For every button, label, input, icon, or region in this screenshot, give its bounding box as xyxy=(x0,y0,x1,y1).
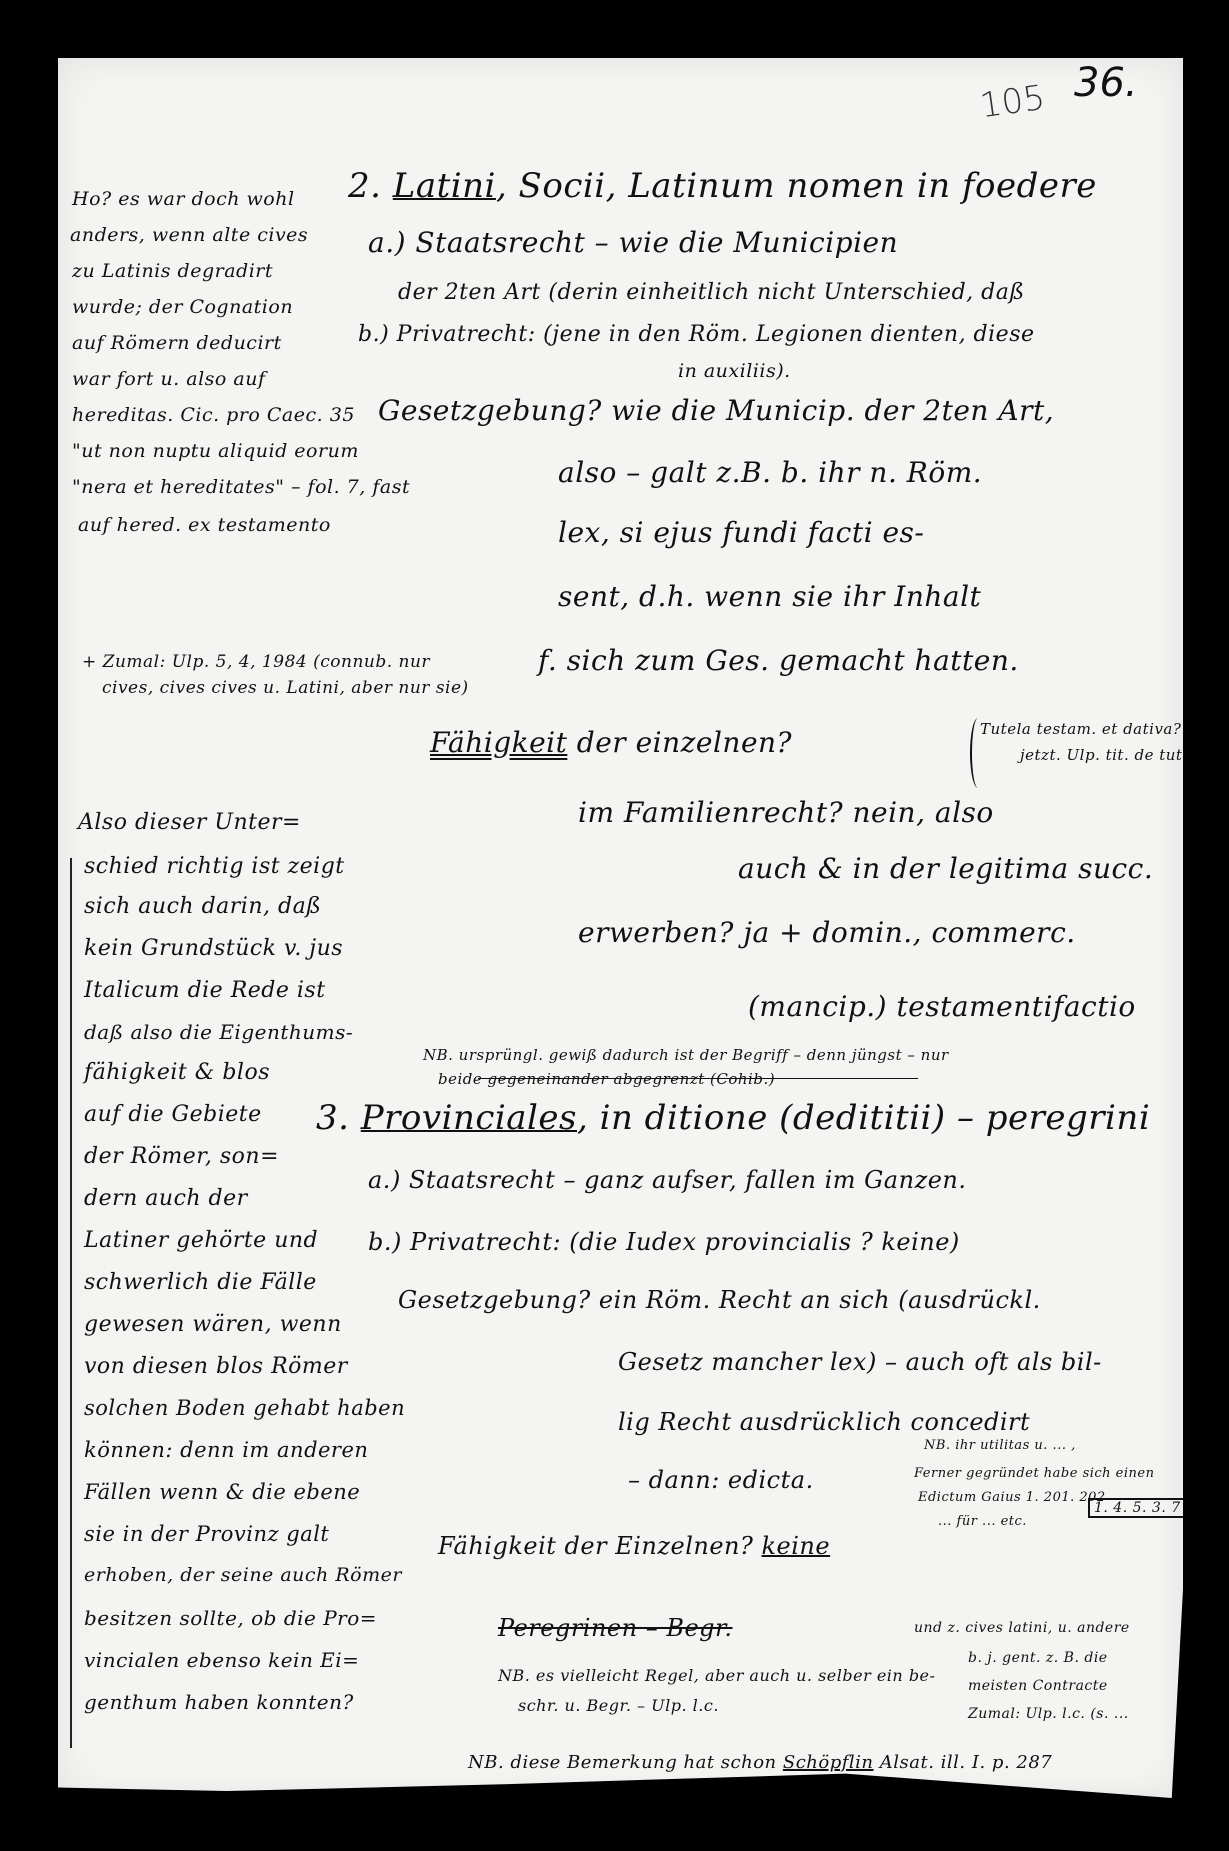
cives-note-0: und z. cives latini, u. andere xyxy=(914,1620,1130,1636)
margin-3-line: Italicum die Rede ist xyxy=(84,978,326,1003)
heading-2-number: 2. xyxy=(348,166,381,206)
footer-citation: Alsat. ill. I. p. 287 xyxy=(880,1752,1053,1773)
line-2-1: der 2ten Art (derin einheitlich nicht Un… xyxy=(398,280,1025,305)
peregrini-text: Peregrinen – Begr. xyxy=(498,1614,733,1642)
cives-note-2: meisten Contracte xyxy=(968,1678,1108,1694)
capacity-label: Fähigkeit xyxy=(430,726,567,759)
line-3-2: Gesetzgebung? ein Röm. Recht an sich (au… xyxy=(398,1286,1041,1314)
edicta-note-2: Edictum Gaius 1. 201. 202 xyxy=(918,1490,1106,1505)
margin-1-line: Ho? es war doch wohl xyxy=(72,188,295,210)
line-2-2: b.) Privatrecht: (jene in den Röm. Legio… xyxy=(358,322,1035,347)
tutela-note-0: Tutela testam. et dativa? xyxy=(980,720,1181,738)
margin-1-line: anders, wenn alte cives xyxy=(70,224,308,246)
margin-bracket xyxy=(70,858,72,1748)
line-2-7: sent, d.h. wenn sie ihr Inhalt xyxy=(558,580,981,613)
margin-1-line: wurde; der Cognation xyxy=(72,296,293,318)
manuscript-sheet: 105 36. 2. Latini, Socii, Latinum nomen … xyxy=(58,58,1183,1798)
capacity-3-answer: keine xyxy=(762,1532,831,1560)
line-2-5: also – galt z.B. b. ihr n. Röm. xyxy=(558,456,982,489)
capacity-line-0: im Familienrecht? nein, also xyxy=(578,796,994,829)
margin-3-line: Latiner gehörte und xyxy=(84,1228,318,1253)
heading-3-title: Provinciales xyxy=(361,1098,577,1138)
line-3-5: – dann: edicta. xyxy=(628,1466,814,1494)
line-3-4: lig Recht ausdrücklich concedirt xyxy=(618,1408,1030,1436)
margin-3-line: von diesen blos Römer xyxy=(84,1354,348,1379)
margin-1-line: war fort u. also auf xyxy=(72,368,266,390)
nb-note-1: beide gegeneinander abgegrenzt (Cohib.) xyxy=(438,1070,775,1088)
capacity-3: Fähigkeit der Einzelnen? keine xyxy=(438,1532,830,1560)
edicta-note-0: NB. ihr utilitas u. ... , xyxy=(924,1438,1076,1453)
margin-3-line: kein Grundstück v. jus xyxy=(84,936,343,961)
cives-note-1: b. j. gent. z. B. die xyxy=(968,1650,1108,1666)
margin-1-line: "nera et hereditates" – fol. 7, fast xyxy=(72,476,410,498)
margin-3-line: auf die Gebiete xyxy=(84,1102,262,1127)
margin-3-line: solchen Boden gehabt haben xyxy=(84,1396,405,1420)
margin-2-line-1: cives, cives cives u. Latini, aber nur s… xyxy=(102,678,469,698)
margin-3-line: sich auch darin, daß xyxy=(84,894,321,919)
nb-note-0: NB. ursprüngl. gewiß dadurch ist der Beg… xyxy=(423,1046,949,1064)
line-2-3: in auxiliis). xyxy=(678,360,791,382)
footer-prefix: NB. diese Bemerkung hat schon xyxy=(468,1752,777,1773)
margin-3-line: besitzen sollte, ob die Pro= xyxy=(84,1606,377,1630)
capacity-line-2: erwerben? ja + domin., commerc. xyxy=(578,916,1076,949)
margin-3-line: schwerlich die Fälle xyxy=(84,1270,317,1295)
line-3-0: a.) Staatsrecht – ganz aufser, fallen im… xyxy=(368,1166,967,1194)
margin-3-line: sie in der Provinz galt xyxy=(84,1522,329,1546)
line-3-3: Gesetz mancher lex) – auch oft als bil- xyxy=(618,1348,1102,1376)
capacity-3-label: Fähigkeit der Einzelnen? xyxy=(438,1532,753,1560)
heading-2-title: Latini xyxy=(393,166,496,206)
heading-3: 3. Provinciales, in ditione (dedititii) … xyxy=(316,1098,1150,1138)
heading-2: 2. Latini, Socii, Latinum nomen in foede… xyxy=(348,166,1097,206)
tutela-note-1: jetzt. Ulp. tit. de tut. xyxy=(1020,746,1188,764)
margin-3-line: gewesen wären, wenn xyxy=(84,1312,342,1337)
margin-3-line: daß also die Eigenthums- xyxy=(84,1020,353,1044)
line-2-6: lex, si ejus fundi facti es- xyxy=(558,516,924,549)
margin-1-line: auf hered. ex testamento xyxy=(78,514,331,536)
margin-1-line: "ut non nuptu aliquid eorum xyxy=(72,440,359,462)
footer-note: NB. diese Bemerkung hat schon Schöpflin … xyxy=(468,1752,1052,1773)
margin-3-line: genthum haben konnten? xyxy=(84,1690,354,1714)
margin-3-line: Also dieser Unter= xyxy=(78,810,301,835)
margin-3-line: fähigkeit & blos xyxy=(84,1060,270,1085)
margin-3-line: können: denn im anderen xyxy=(84,1438,368,1462)
line-3-1: b.) Privatrecht: (die Iudex provincialis… xyxy=(368,1228,960,1256)
line-2-4: Gesetzgebung? wie die Municip. der 2ten … xyxy=(378,394,1054,427)
capacity-rest: der einzelnen? xyxy=(577,726,792,759)
nb-line-1: schr. u. Begr. – Ulp. l.c. xyxy=(518,1696,719,1715)
edicta-note-1: Ferner gegründet habe sich einen xyxy=(914,1466,1154,1481)
cives-note-3: Zumal: Ulp. l.c. (s. ... xyxy=(968,1706,1129,1722)
heading-3-rest: , in ditione (dedititii) – peregrini xyxy=(577,1098,1150,1138)
margin-3-line: schied richtig ist zeigt xyxy=(84,854,345,879)
margin-1-line: auf Römern deducirt xyxy=(72,332,282,354)
heading-2-rest: , Socii, Latinum nomen in foedere xyxy=(496,166,1097,206)
margin-3-line: erhoben, der seine auch Römer xyxy=(84,1564,402,1586)
capacity-3-line-0: Peregrinen – Begr. xyxy=(498,1614,733,1642)
footer-author: Schöpflin xyxy=(783,1752,874,1773)
divider xyxy=(478,1078,918,1079)
margin-3-line: dern auch der xyxy=(84,1186,248,1211)
margin-3-line: Fällen wenn & die ebene xyxy=(84,1480,360,1504)
line-2-8: f. sich zum Ges. gemacht hatten. xyxy=(538,644,1019,677)
edicta-box: 1. 4. 5. 3. 7 xyxy=(1088,1498,1187,1518)
heading-3-number: 3. xyxy=(316,1098,349,1138)
edicta-note-3: ... für ... etc. xyxy=(938,1514,1027,1529)
margin-3-line: der Römer, son= xyxy=(84,1144,279,1169)
margin-2-line-0: + Zumal: Ulp. 5, 4, 1984 (connub. nur xyxy=(82,652,430,672)
page-number: 36. xyxy=(1074,60,1138,106)
folio-number: 105 xyxy=(978,78,1048,127)
nb-line-0: NB. es vielleicht Regel, aber auch u. se… xyxy=(498,1666,935,1685)
capacity-line-1: auch & in der legitima succ. xyxy=(738,852,1153,885)
capacity-heading: Fähigkeit der einzelnen? xyxy=(430,726,792,759)
capacity-line-3: (mancip.) testamentifactio xyxy=(748,990,1136,1023)
margin-1-line: zu Latinis degradirt xyxy=(72,260,273,282)
margin-3-line: vincialen ebenso kein Ei= xyxy=(84,1648,359,1672)
line-2-0: a.) Staatsrecht – wie die Municipien xyxy=(368,226,898,259)
margin-1-line: hereditas. Cic. pro Caec. 35 xyxy=(72,404,355,426)
